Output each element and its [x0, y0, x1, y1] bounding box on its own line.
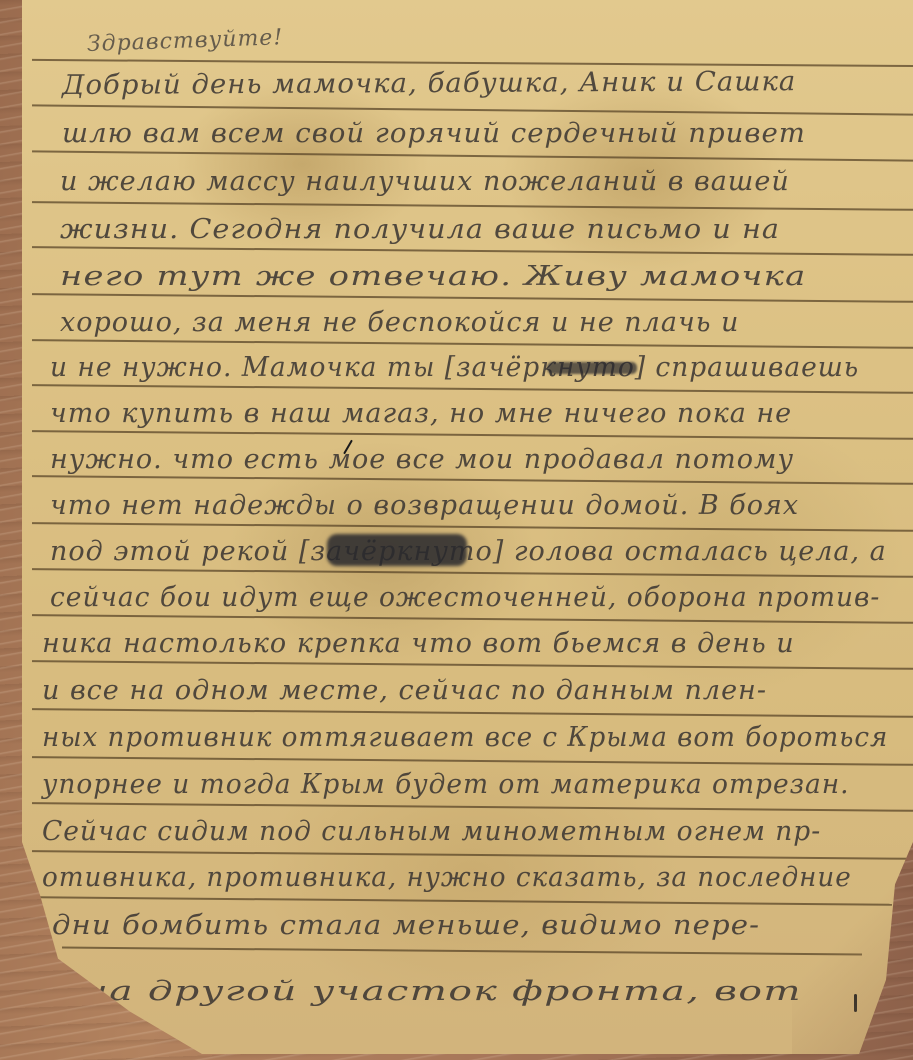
- ruled-line: [32, 246, 913, 255]
- ruled-line: [32, 522, 913, 531]
- letter-line: что нет надежды о возвращении домой. В б…: [50, 490, 799, 521]
- ruled-line: [32, 896, 892, 905]
- letter-line: Сейчас сидим под сильным минометным огне…: [42, 816, 821, 847]
- letter-line: сейчас бои идут еще ожесточенней, оборон…: [50, 582, 880, 613]
- letter-line: и не нужно. Мамочка ты [зачёркнуто] спра…: [50, 352, 859, 383]
- letter-line: ных противник оттягивает все с Крыма вот…: [42, 722, 888, 753]
- letter-line: Добрый день мамочка, бабушка, Аник и Саш…: [62, 66, 796, 101]
- letter-line: него тут же отвечаю. Живу мамочка: [60, 261, 806, 292]
- ruled-line: [32, 756, 913, 765]
- letter-line: и желаю массу наилучших пожеланий в ваше…: [60, 166, 790, 197]
- ruled-line: [32, 430, 913, 439]
- letter-paper: Здравствуйте! Добрый день мамочка, бабуш…: [22, 0, 913, 1054]
- ruled-line: [32, 660, 913, 669]
- letter-line: и все на одном месте, сейчас по данным п…: [42, 675, 767, 706]
- letter-line: на другой участок фронта, вот: [82, 976, 802, 1007]
- ruled-line: [32, 201, 913, 210]
- ruled-line: [32, 104, 913, 115]
- letter-line: что купить в наш магаз, но мне ничего по…: [50, 398, 792, 429]
- ruled-line: [32, 475, 913, 484]
- letter-line: нужно. что есть мое все мои продавал пот…: [50, 444, 794, 475]
- ruled-line: [32, 293, 913, 302]
- letter-line: ника настолько крепка что вот бьемся в д…: [42, 628, 795, 659]
- letter-line: жизни. Сегодня получила ваше письмо и на: [60, 214, 780, 245]
- ruled-line: [32, 850, 913, 859]
- ink-mark: [854, 994, 857, 1012]
- letter-line: хорошо, за меня не беспокойся и не плачь…: [60, 307, 739, 338]
- ruled-line: [32, 384, 913, 393]
- letter-line: отивника, противника, нужно сказать, за …: [42, 862, 852, 893]
- ruled-line: [32, 339, 913, 348]
- ruled-line: [32, 150, 913, 161]
- letter-greeting: Здравствуйте!: [87, 25, 284, 57]
- ruled-line: [32, 708, 913, 717]
- crossed-out-scribble: [327, 534, 467, 566]
- crossed-out-word: [547, 362, 637, 374]
- letter-line: дни бомбить стала меньше, видимо пере-: [52, 910, 760, 941]
- ruled-line: [32, 614, 913, 623]
- letter-line: под этой рекой [зачёркнуто] голова остал…: [50, 536, 887, 567]
- ruled-line: [62, 947, 862, 955]
- letter-line: шлю вам всем свой горячий сердечный прив…: [62, 118, 806, 149]
- ruled-line: [32, 802, 913, 811]
- ruled-line: [32, 568, 913, 577]
- letter-line: упорнее и тогда Крым будет от материка о…: [42, 769, 850, 800]
